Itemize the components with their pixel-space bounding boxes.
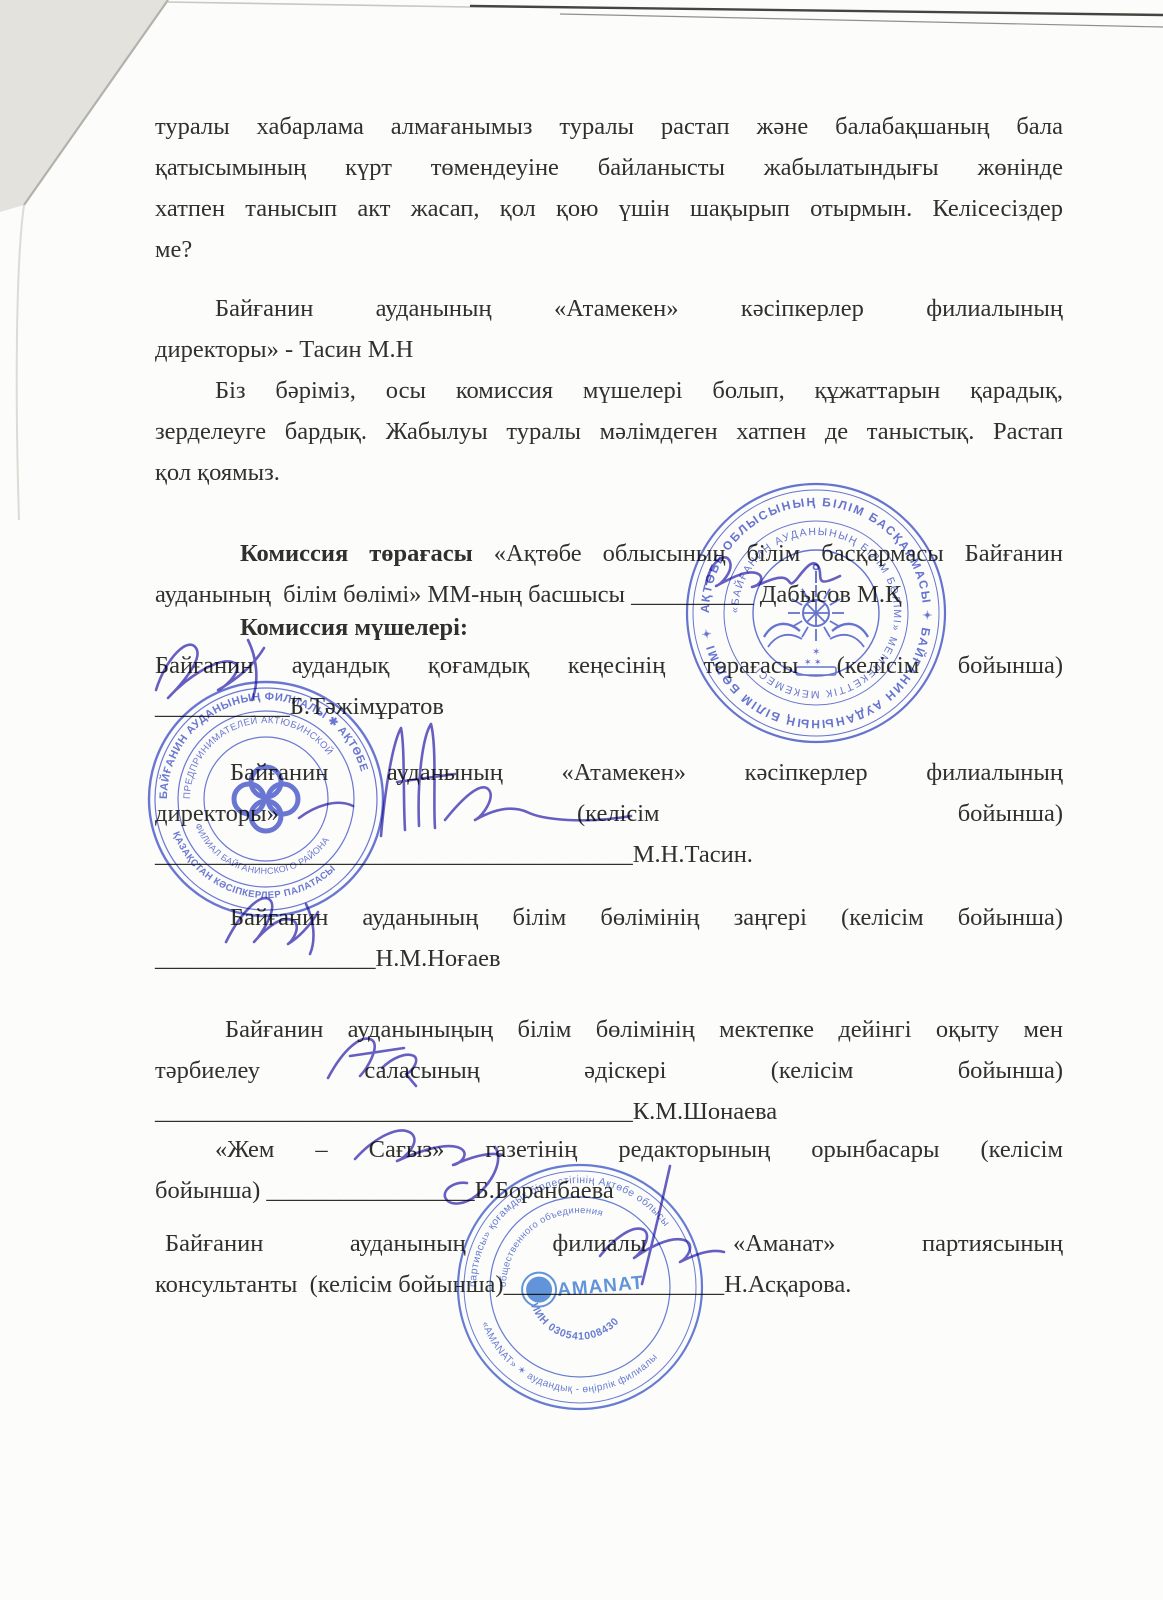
signature-tazhimuratov	[148, 628, 283, 718]
text-line: ме?	[155, 229, 1063, 270]
chairman-label: Комиссия төрағасы	[240, 540, 473, 567]
scanned-page: туралы хабарлама алмағанымыз туралы раст…	[0, 0, 1163, 1600]
svg-text:✶ ✶: ✶ ✶	[804, 657, 822, 667]
amanat-logo-dot	[525, 1275, 553, 1303]
page-left-edge	[17, 205, 24, 520]
scan-edge-line-light	[560, 14, 1163, 27]
signature-tasin	[285, 718, 655, 863]
stamp-education-department: АҚТӨБЕ ОБЛЫСЫНЫҢ БІЛІМ БАСҚАРМАСЫ ✦ БАЙҒ…	[683, 480, 949, 746]
signature-boranbaeva	[345, 1103, 540, 1223]
text-line: Біз бәріміз, осы комиссия мүшелері болып…	[155, 370, 1063, 411]
signature-dabysov	[700, 540, 860, 602]
text-line: Байғанин ауданының «Атамекен» кәсіпкерле…	[155, 288, 1063, 329]
text-line: туралы хабарлама алмағанымыз туралы раст…	[155, 106, 1063, 147]
page-top-edge	[168, 2, 470, 7]
paragraph-commission-statement: Біз бәріміз, осы комиссия мүшелері болып…	[155, 370, 1063, 493]
scanner-background-corner	[0, 0, 168, 212]
text-line: қатысымының күрт төмендеуіне байланысты …	[155, 147, 1063, 188]
member-signature-line: _______________________________________К…	[155, 1091, 1063, 1132]
member-shonaeva: Байғанин ауданыныңың білім бөлімінің мек…	[155, 1009, 1063, 1132]
text-line: директоры» - Тасин М.Н	[155, 329, 1063, 370]
iin-number: ИИН 030541008430	[528, 1301, 622, 1342]
text-line: Байғанин ауданыныңың білім бөлімінің мек…	[155, 1009, 1063, 1050]
scan-edge-line-dark	[470, 6, 1163, 15]
text-line: хатпен танысып акт жасап, қол қою үшін ш…	[155, 188, 1063, 229]
signature-shonaeva	[318, 1026, 443, 1101]
signature-nogaev	[218, 882, 353, 967]
paragraph-atameken-director: Байғанин ауданының «Атамекен» кәсіпкерле…	[155, 288, 1063, 370]
text-line: зерделеуге бардық. Жабылуы туралы мәлімд…	[155, 411, 1063, 452]
text-line: тәрбиелеу саласының әдіскері (келісім бо…	[155, 1050, 1063, 1091]
signature-askarova	[572, 1158, 737, 1303]
paragraph-intro: туралы хабарлама алмағанымыз туралы раст…	[155, 106, 1063, 270]
